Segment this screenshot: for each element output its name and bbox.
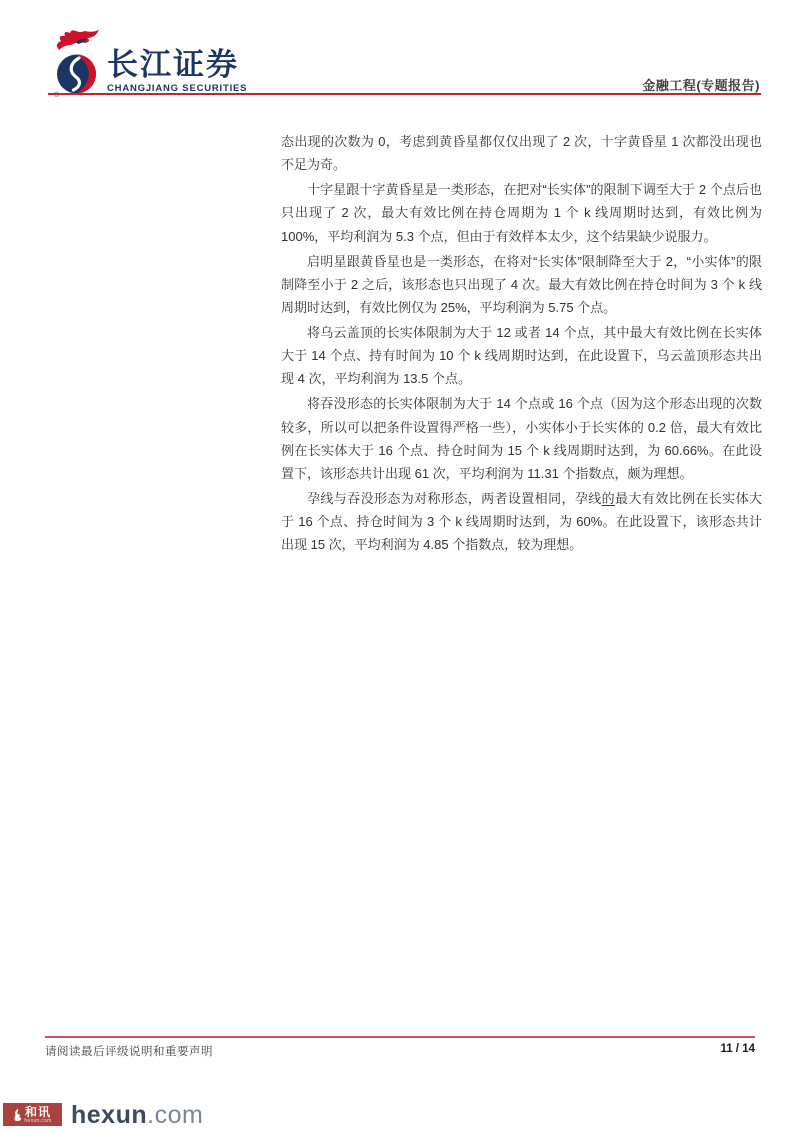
brand-text-block: 长江证券 CHANGJIANG SECURITIES bbox=[107, 29, 247, 94]
body-paragraph: 孕线与吞没形态为对称形态，两者设置相同，孕线的最大有效比例在长实体大于 16 个… bbox=[281, 487, 762, 557]
disclaimer-text: 请阅读最后评级说明和重要声明 bbox=[45, 1043, 213, 1059]
body-paragraph: 启明星跟黄昏星也是一类形态，在将对“长实体”限制降至大于 2，“小实体”的限制降… bbox=[281, 250, 762, 320]
body-paragraph: 将乌云盖顶的长实体限制为大于 12 或者 14 个点，其中最大有效比例在长实体大… bbox=[281, 321, 762, 391]
underlined-text: 的 bbox=[602, 491, 615, 506]
paragraph-text: 态出现的次数为 0，考虑到黄昏星都仅仅出现了 2 次，十字黄昏星 1 次都没出现… bbox=[281, 134, 762, 172]
report-body: 态出现的次数为 0，考虑到黄昏星都仅仅出现了 2 次，十字黄昏星 1 次都没出现… bbox=[281, 130, 762, 558]
page-number: 11 / 14 bbox=[720, 1043, 755, 1055]
hexun-watermark[interactable]: 和讯 hexun.com hexun.com bbox=[3, 1103, 203, 1126]
changjiang-logo-icon: ® bbox=[54, 29, 100, 97]
hexun-brand-text: hexun.com bbox=[71, 1104, 203, 1126]
footer-divider bbox=[45, 1036, 755, 1038]
report-category-label: 金融工程(专题报告) bbox=[642, 75, 760, 94]
paragraph-text: 将乌云盖顶的长实体限制为大于 12 或者 14 个点，其中最大有效比例在长实体大… bbox=[281, 325, 762, 386]
document-page: ® 长江证券 CHANGJIANG SECURITIES 金融工程(专题报告) … bbox=[0, 0, 800, 1131]
paragraph-text: 将吞没形态的长实体限制为大于 14 个点或 16 个点（因为这个形态出现的次数较… bbox=[281, 396, 762, 481]
hexun-brand-suffix: .com bbox=[147, 1101, 203, 1129]
hexun-bird-icon bbox=[13, 1108, 22, 1122]
header-divider bbox=[48, 93, 761, 95]
paragraph-text: 启明星跟黄昏星也是一类形态，在将对“长实体”限制降至大于 2，“小实体”的限制降… bbox=[281, 254, 762, 315]
hexun-badge-text: 和讯 hexun.com bbox=[24, 1106, 51, 1124]
changjiang-logo: ® 长江证券 CHANGJIANG SECURITIES bbox=[54, 29, 247, 97]
hexun-badge-sub: hexun.com bbox=[24, 1119, 51, 1124]
paragraph-text: 孕线与吞没形态为对称形态，两者设置相同，孕线 bbox=[307, 491, 602, 506]
body-paragraph: 十字星跟十字黄昏星是一类形态，在把对“长实体”的限制下调至大于 2 个点后也只出… bbox=[281, 178, 762, 248]
body-paragraph: 态出现的次数为 0，考虑到黄昏星都仅仅出现了 2 次，十字黄昏星 1 次都没出现… bbox=[281, 130, 762, 176]
hexun-badge: 和讯 hexun.com bbox=[3, 1103, 62, 1126]
hexun-badge-cn: 和讯 bbox=[25, 1106, 51, 1118]
body-paragraph: 将吞没形态的长实体限制为大于 14 个点或 16 个点（因为这个形态出现的次数较… bbox=[281, 392, 762, 485]
hexun-brand-name: hexun bbox=[71, 1101, 147, 1129]
paragraph-text: 十字星跟十字黄昏星是一类形态，在把对“长实体”的限制下调至大于 2 个点后也只出… bbox=[281, 182, 762, 243]
brand-name-cn: 长江证券 bbox=[107, 50, 247, 80]
